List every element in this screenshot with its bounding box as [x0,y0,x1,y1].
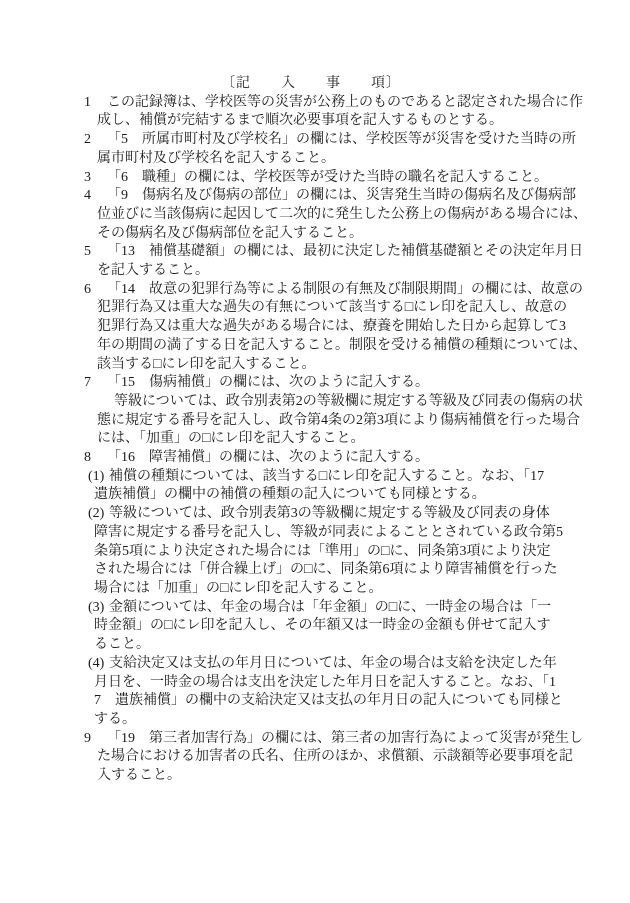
sub-item-line: (3)金額については、年金の場合は「年金額」の□に、一時金の場合は「一 [88,599,574,618]
item-line: 位並びに当該傷病に起因して二次的に発生した公務上の傷病がある場合には、 [97,206,574,225]
item-line: た場合における加害者の氏名、住所のほか、求償額、示談額等必要事項を記 [97,748,574,767]
paragraph-line: 等級については、政令別表第2の等級欄に規定する等級及び同表の傷病の状 [114,393,574,412]
item-number: 7 [84,374,107,393]
sub-item-line: (4)支給決定又は支払の年月日については、年金の場合は支給を決定した年 [88,655,574,674]
item-line: 犯罪行為又は重大な過失の有無について該当する□にレ印を記入し、故意の [97,299,574,318]
item-line: 犯罪行為又は重大な過失がある場合には、療養を開始した日から起算して3 [97,318,574,337]
item-number: 9 [84,730,107,749]
sub-item-line: 場合には「加重」の□にレ印を記入すること。 [94,580,574,599]
items-list: 1この記録簿は、学校医等の災害が公務上のものであると認定された場合に作成し、補償… [84,94,574,786]
paragraph-line: 態に規定する番号を記入し、政令第4条の2第3項により傷病補償を行った場合 [97,412,574,431]
sub-item-marker: (1) [88,468,109,487]
item-number: 3 [84,169,107,188]
list-item: 2「5 所属市町村及び学校名」の欄には、学校医等が災害を受けた当時の所属市町村及… [84,131,574,168]
list-item: 4「9 傷病名及び傷病の部位」の欄には、災害発生当時の傷病名及び傷病部位並びに当… [84,187,574,243]
item-line: 9「19 第三者加害行為」の欄には、第三者の加害行為によって災害が発生し [84,730,574,749]
item-number: 5 [84,243,107,262]
sub-item-line: する。 [94,711,574,730]
sub-item-line: 時金額」の□にレ印を記入し、その年額又は一時金の金額も併せて記入す [94,617,574,636]
item-number: 6 [84,281,107,300]
item-line: を記入すること。 [97,262,574,281]
paragraph-line: には、「加重」の□にレ印を記入すること。 [97,430,574,449]
list-item: 6「14 故意の犯罪行為等による制限の有無及び制限期間」の欄には、故意の犯罪行為… [84,281,574,375]
item-line: 入すること。 [97,767,574,786]
item-line: 4「9 傷病名及び傷病の部位」の欄には、災害発生当時の傷病名及び傷病部 [84,187,574,206]
sub-item-line: 月日を、一時金の場合は支出を決定した年月日を記入すること。なお、「1 [94,674,574,693]
sub-item-marker: (4) [88,655,109,674]
item-line: その傷病名及び傷病部位を記入すること。 [97,225,574,244]
document-page: 〔記 入 事 項〕 1この記録簿は、学校医等の災害が公務上のものであると認定され… [0,0,630,903]
item-line: 年の期間の満了する日を記入すること。制限を受ける補償の種類については、 [97,337,574,356]
list-item: 1この記録簿は、学校医等の災害が公務上のものであると認定された場合に作成し、補償… [84,94,574,131]
sub-item-line: された場合には「併合繰上げ」の□に、同条第6項により障害補償を行った [94,561,574,580]
sub-item-marker: (2) [88,505,109,524]
item-number: 8 [84,449,107,468]
item-number: 1 [84,94,107,113]
item-line: 成し、補償が完結するまで順次必要事項を記入するものとする。 [97,112,574,131]
item-line: 5「13 補償基礎額」の欄には、最初に決定した補償基礎額とその決定年月日 [84,243,574,262]
item-number: 4 [84,187,107,206]
item-number: 2 [84,131,107,150]
item-line: 属市町村及び学校名を記入すること。 [97,150,574,169]
list-item: 7「15 傷病補償」の欄には、次のように記入する。等級については、政令別表第2の… [84,374,574,449]
list-item: 9「19 第三者加害行為」の欄には、第三者の加害行為によって災害が発生した場合に… [84,730,574,786]
item-line: 6「14 故意の犯罪行為等による制限の有無及び制限期間」の欄には、故意の [84,281,574,300]
sub-item-line: 遺族補償」の欄中の補償の種類の記入についても同様とする。 [94,486,574,505]
item-line: 7「15 傷病補償」の欄には、次のように記入する。 [84,374,574,393]
item-line: 3「6 職種」の欄には、学校医等が受けた当時の職名を記入すること。 [84,169,574,188]
page-title: 〔記 入 事 項〕 [84,75,574,94]
sub-item-marker: (3) [88,599,109,618]
sub-item-line: 7 遺族補償」の欄中の支給決定又は支払の年月日の記入についても同様と [94,692,574,711]
list-item: 8「16 障害補償」の欄には、次のように記入する。(1)補償の種類については、該… [84,449,574,730]
sub-item-line: ること。 [94,636,574,655]
item-line: 8「16 障害補償」の欄には、次のように記入する。 [84,449,574,468]
item-line: 該当する□にレ印を記入すること。 [97,356,574,375]
sub-item-line: (2)等級については、政令別表第3の等級欄に規定する等級及び同表の身体 [88,505,574,524]
sub-item-line: 条第5項により決定された場合には「準用」の□に、同条第3項により決定 [94,543,574,562]
sub-item-line: 障害に規定する番号を記入し、等級が同表によることとされている政令第5 [94,524,574,543]
item-line: 2「5 所属市町村及び学校名」の欄には、学校医等が災害を受けた当時の所 [84,131,574,150]
item-line: 1この記録簿は、学校医等の災害が公務上のものであると認定された場合に作 [84,94,574,113]
list-item: 3「6 職種」の欄には、学校医等が受けた当時の職名を記入すること。 [84,169,574,188]
list-item: 5「13 補償基礎額」の欄には、最初に決定した補償基礎額とその決定年月日を記入す… [84,243,574,280]
document-content: 〔記 入 事 項〕 1この記録簿は、学校医等の災害が公務上のものであると認定され… [0,0,630,786]
sub-item-line: (1)補償の種類については、該当する□にレ印を記入すること。なお、「17 [88,468,574,487]
